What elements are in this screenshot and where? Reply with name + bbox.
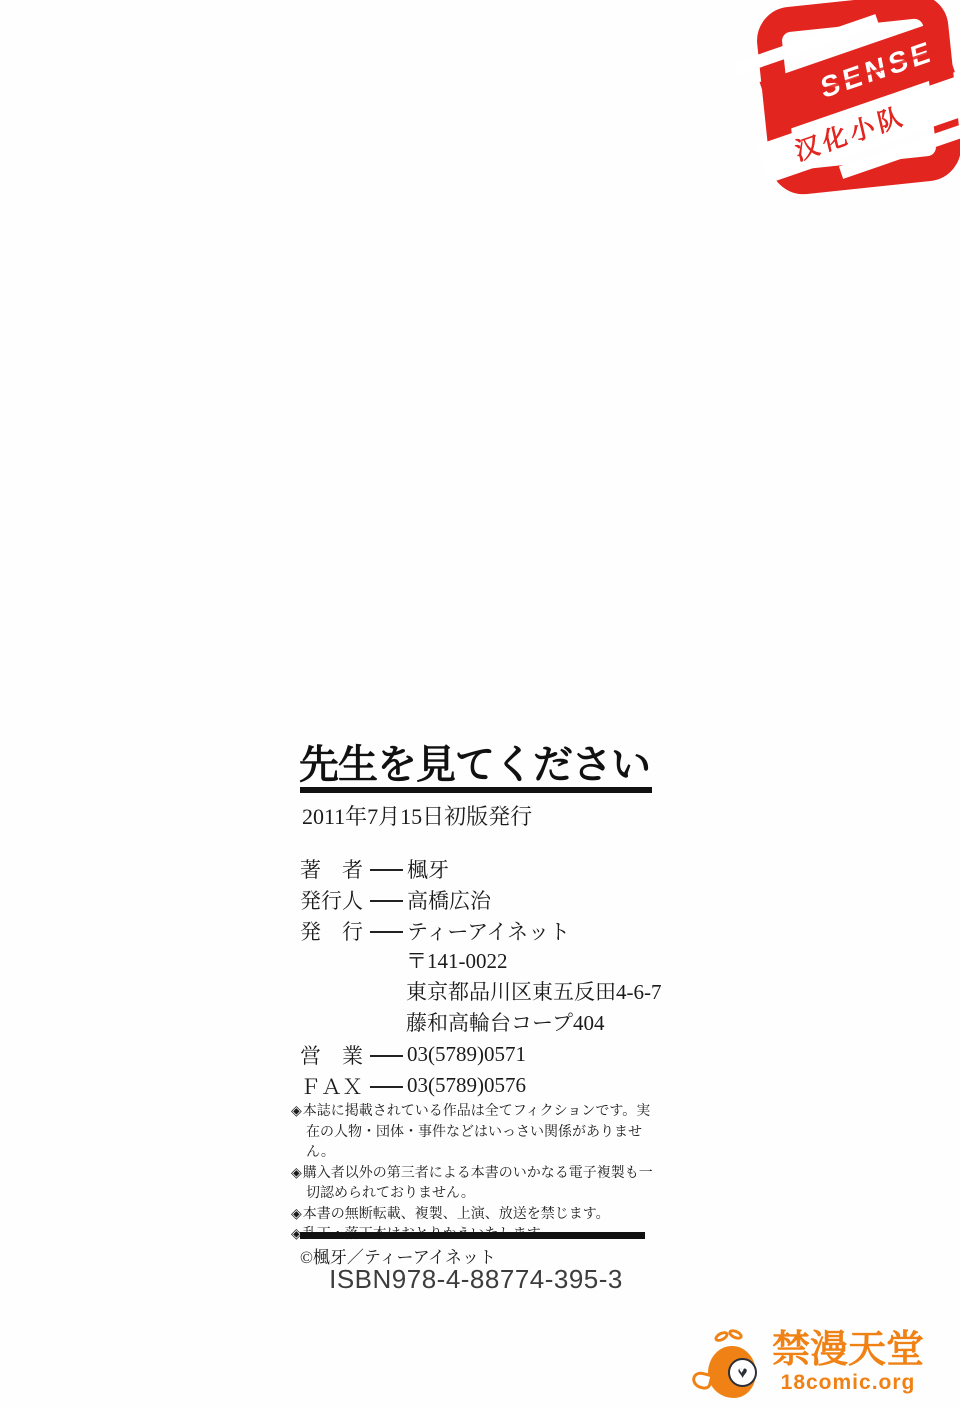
fax-value: 03(5789)0576 (407, 1073, 526, 1098)
heart-highlight-icon: ♥ (739, 1367, 744, 1375)
label-dash (370, 900, 403, 902)
issuer-label: 発行人 (300, 885, 366, 915)
colophon-page: SENSE 汉化小队 先生を見てください 2011年7月15日初版発行 著 者 … (0, 0, 960, 1409)
label-dash (370, 1086, 403, 1088)
publisher-label: 発 行 (300, 916, 366, 946)
author-value: 楓牙 (407, 854, 449, 884)
label-dash (370, 931, 403, 933)
tail-fin-icon (690, 1370, 714, 1391)
bottom-divider-rule (300, 1232, 645, 1239)
note-item: ◈本誌に掲載されている作品は全てフィクションです。実在の人物・団体・事件などはい… (291, 1102, 653, 1164)
note-text: 購入者以外の第三者による本書のいかなる電子複製も一切認められておりません。 (303, 1166, 653, 1202)
site-watermark: ♥ ♥ 禁漫天堂 18comic.org (690, 1324, 936, 1406)
legal-notes-list: ◈本誌に掲載されている作品は全てフィクションです。実在の人物・団体・事件などはい… (291, 1102, 653, 1246)
translation-group-stamp: SENSE 汉化小队 (754, 0, 960, 198)
whale-body: ♥ ♥ (708, 1346, 756, 1398)
watermark-text-block: 禁漫天堂 18comic.org (764, 1330, 932, 1395)
publication-info-block: 著 者 楓牙 発行人 高橋広治 発 行 ティーアイネット 〒141-0022 東… (300, 853, 680, 1101)
diamond-bullet-icon: ◈ (291, 1207, 302, 1222)
note-text: 本誌に掲載されている作品は全てフィクションです。実在の人物・団体・事件などはいっ… (303, 1104, 650, 1160)
fax-row: ＦＡＸ 03(5789)0576 (300, 1070, 680, 1101)
note-text: 本書の無断転載、複製、上演、放送を禁じます。 (303, 1207, 610, 1222)
antenna-loop-icon (727, 1327, 744, 1341)
sales-phone-value: 03(5789)0571 (407, 1042, 526, 1067)
watermark-site-url: 18comic.org (764, 1371, 932, 1395)
issuer-value: 高橋広治 (407, 885, 491, 915)
address-line-1: 東京都品川区東五反田4-6-7 (406, 977, 680, 1008)
fax-label: ＦＡＸ (300, 1071, 366, 1101)
book-title: 先生を見てください (299, 733, 650, 790)
author-row: 著 者 楓牙 (300, 853, 680, 884)
diamond-bullet-icon: ◈ (291, 1104, 302, 1119)
whale-mascot-icon: ♥ ♥ (692, 1326, 764, 1404)
whale-eye: ♥ ♥ (728, 1358, 757, 1387)
note-item: ◈本書の無断転載、複製、上演、放送を禁じます。 (291, 1205, 653, 1226)
title-underline-rule (300, 787, 652, 793)
watermark-site-name: 禁漫天堂 (764, 1330, 932, 1370)
label-dash (370, 1055, 403, 1057)
issuer-row: 発行人 高橋広治 (300, 884, 680, 915)
note-item: ◈購入者以外の第三者による本書のいかなる電子複製も一切認められておりません。 (291, 1164, 653, 1205)
isbn-number: ISBN978-4-88774-395-3 (300, 1264, 652, 1295)
postal-code: 〒141-0022 (406, 946, 680, 977)
sales-label: 営 業 (300, 1040, 366, 1070)
publisher-row: 発 行 ティーアイネット (300, 915, 680, 946)
diamond-bullet-icon: ◈ (291, 1166, 302, 1181)
sales-phone-row: 営 業 03(5789)0571 (300, 1039, 680, 1070)
publisher-value: ティーアイネット (407, 916, 570, 946)
label-dash (370, 869, 403, 871)
edition-date: 2011年7月15日初版発行 (302, 800, 532, 831)
address-line-2: 藤和高輪台コープ404 (406, 1008, 680, 1039)
author-label: 著 者 (300, 854, 366, 884)
